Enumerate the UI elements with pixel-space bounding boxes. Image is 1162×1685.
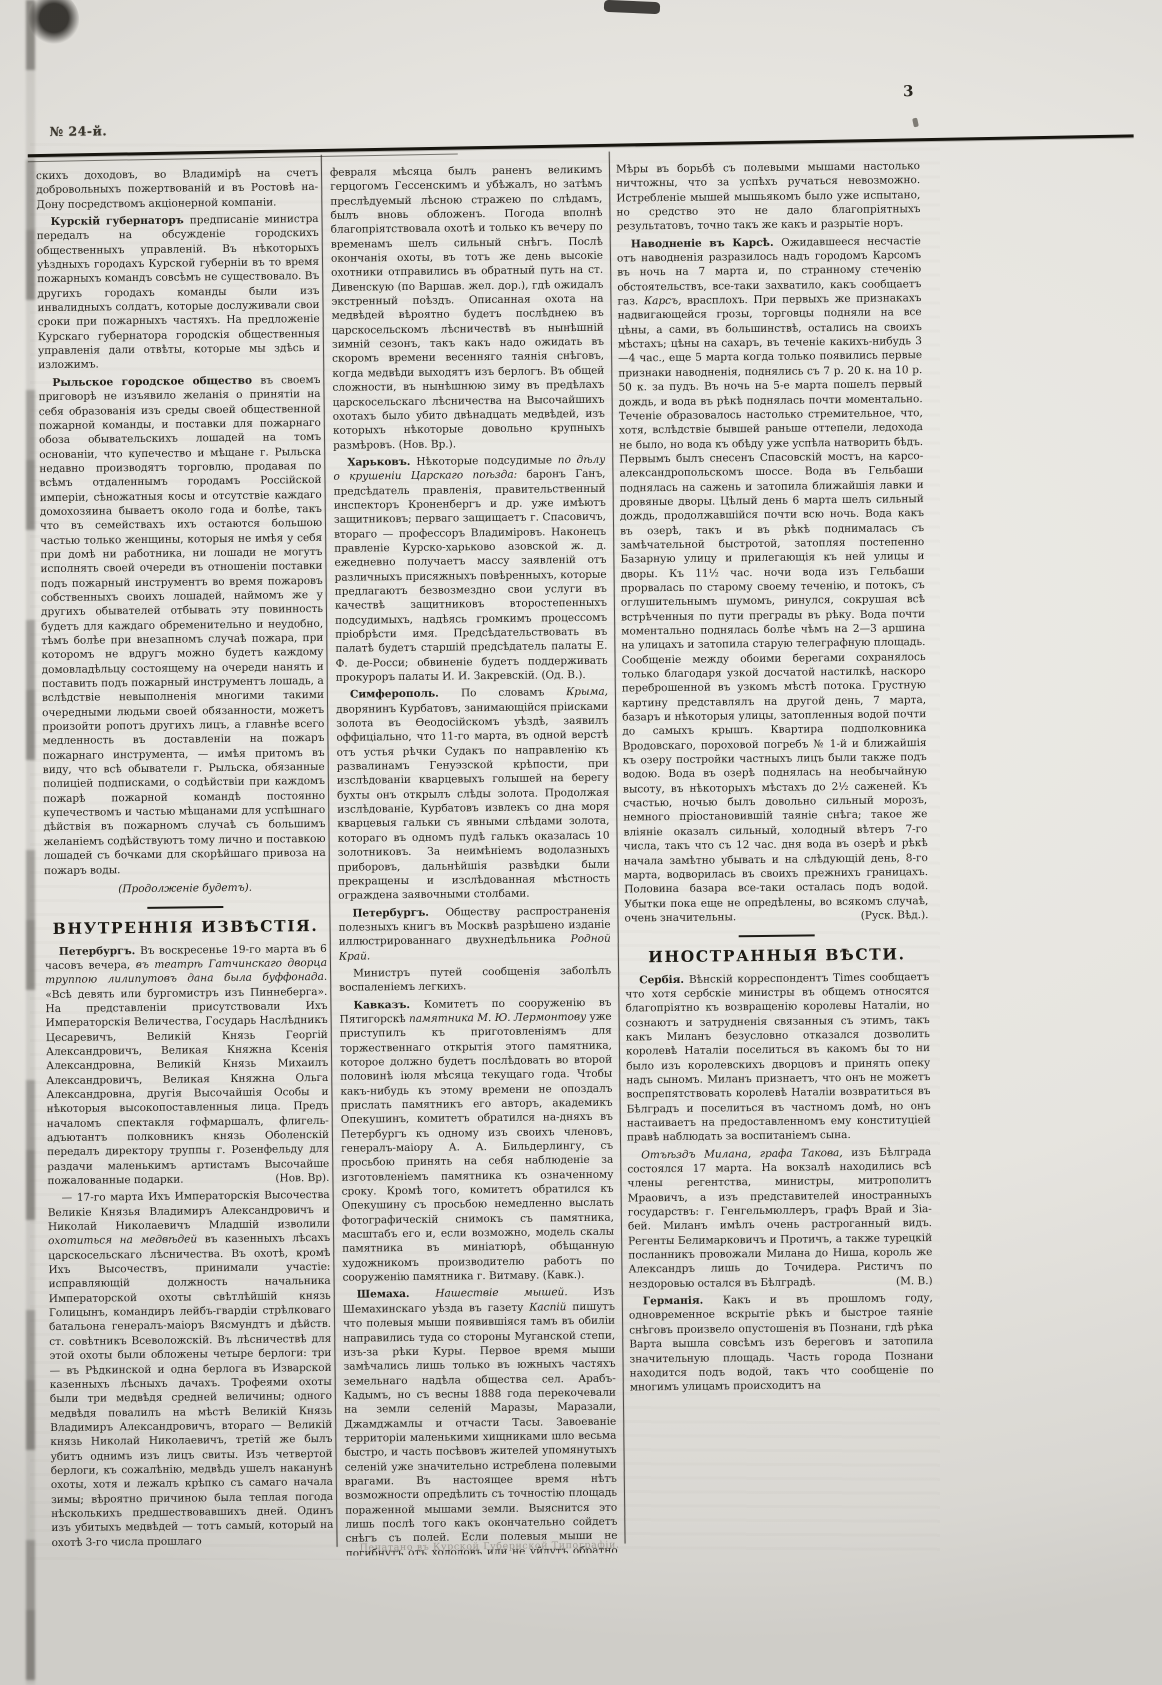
- article-paragraph: Петербургъ. Обществу распространенія пол…: [338, 903, 611, 963]
- source-citation: (Руск. Вѣд.).: [839, 908, 929, 923]
- paragraph-text: въ казенныхъ лѣсахъ царскосельскаго лѣсн…: [48, 1232, 333, 1548]
- paragraph-lead: Петербургъ.: [59, 945, 140, 958]
- section-heading: ИНОСТРАННЫЯ ВѢСТИ.: [625, 947, 929, 965]
- section-heading: ВНУТРЕННІЯ ИЗВѢСТІЯ.: [44, 919, 326, 937]
- paragraph-text: Карсъ,: [644, 295, 681, 307]
- paragraph-lead: Харьковъ.: [347, 456, 416, 469]
- paragraph-text: Отъѣздъ Милана, графа Такова,: [641, 1147, 843, 1161]
- article-paragraph: скихъ доходовъ, во Владимірѣ на счетъ до…: [36, 166, 318, 212]
- article-paragraph: Кавказъ. Комитетъ по сооруженію въ Пятиг…: [339, 995, 614, 1285]
- paragraph-text: Вѣнскій корреспондентъ Times сообщаетъ ч…: [625, 971, 931, 1144]
- paragraph-text: февраля мѣсяца былъ раненъ великимъ герц…: [330, 164, 605, 452]
- separator-rule: [739, 935, 815, 938]
- source-citation: (Нов. Вр).: [253, 1171, 329, 1186]
- article-paragraph: Рыльское городское общество въ своемъ пр…: [38, 373, 326, 878]
- paragraph-text: Каспій: [529, 1301, 566, 1313]
- paragraph-text: дворянинъ Курбатовъ, занимающійся пріиск…: [336, 700, 610, 902]
- paragraph-lead: Петербургъ.: [352, 906, 445, 919]
- paragraph-text: пишутъ что полевыя мыши появившіяся тамъ…: [343, 1300, 618, 1555]
- paragraph-text: охотиться на медвѣдей: [48, 1234, 197, 1248]
- article-paragraph: Курскій губернаторъ предписаніе министра…: [36, 212, 320, 373]
- article-paragraph: Министръ путей сообщенія заболѣлъ воспал…: [339, 964, 611, 996]
- paragraph-text: Министръ путей сообщенія заболѣлъ воспал…: [339, 965, 611, 994]
- article-paragraph: Петербургъ. Въ воскресенье 19-го марта в…: [45, 941, 330, 1188]
- issue-number: № 24-й.: [49, 123, 107, 139]
- paragraph-text: предписаніе министра передалъ на обсужде…: [37, 213, 320, 372]
- article-paragraph: Наводненіе въ Карсѣ. Ожидавшееся несчаст…: [617, 234, 929, 926]
- paragraph-text: Нѣкоторые подсудимые: [416, 454, 558, 468]
- source-citation: (М. В.): [874, 1274, 933, 1289]
- article-paragraph: Отъѣздъ Милана, графа Такова, изъ Бѣлгра…: [627, 1145, 933, 1292]
- article-paragraph: — 17-го марта Ихъ Императорскія Высочест…: [48, 1188, 334, 1550]
- article-paragraph: Сербія. Вѣнскій корреспондентъ Times соо…: [625, 970, 931, 1146]
- paragraph-text: Нашествіе мышей.: [435, 1287, 567, 1301]
- paragraph-text: скихъ доходовъ, во Владимірѣ на счетъ до…: [36, 167, 318, 211]
- article-paragraph: Германія. Какъ и въ прошломъ году, однов…: [629, 1291, 934, 1395]
- paragraph-lead: Симферополь.: [350, 688, 461, 701]
- article-paragraph: Харьковъ. Нѣкоторые подсудимые по дѣлу о…: [333, 453, 608, 686]
- article-paragraph: Мѣры въ борьбѣ съ полевыми мышами настол…: [616, 159, 921, 234]
- paragraph-lead: Рыльское городское общество: [52, 374, 260, 388]
- separator-rule: [147, 906, 223, 909]
- text-column-1: скихъ доходовъ, во Владимірѣ на счетъ до…: [36, 166, 334, 1559]
- paragraph-lead: Сербія.: [639, 973, 689, 986]
- paragraph-lead: Шемаха.: [357, 1288, 436, 1301]
- continuation-note: (Продолженіе будетъ).: [44, 880, 326, 898]
- paragraph-text: По словамъ: [461, 687, 566, 700]
- paragraph-text: баронъ Ганъ, предсѣдатель правленія, пра…: [334, 468, 608, 684]
- article-paragraph: Симферополь. По словамъ Крыма, дворянинъ…: [336, 685, 610, 903]
- paragraph-text: Какъ и въ прошломъ году, одновременное в…: [629, 1292, 934, 1394]
- paragraph-text: врасплохъ. При первыхъ же признакахъ над…: [618, 292, 929, 924]
- header-rule: [28, 134, 1134, 157]
- paragraph-text: памятника М. Ю. Лермонтову: [409, 1011, 586, 1025]
- text-column-2: февраля мѣсяца былъ раненъ великимъ герц…: [330, 163, 618, 1556]
- paragraph-lead: Германія.: [643, 1295, 723, 1308]
- newspaper-page: № 24-й. 3 скихъ доходовъ, во Владимірѣ н…: [0, 0, 1162, 1685]
- paragraph-lead: Наводненіе въ Карсѣ.: [631, 236, 781, 250]
- paragraph-lead: Кавказъ.: [353, 998, 424, 1011]
- page-number: 3: [903, 82, 914, 100]
- text-column-3: Мѣры въ борьбѣ съ полевыми мышами настол…: [616, 159, 936, 1552]
- paragraph-text: въ своемъ приговорѣ не изъявило желанія …: [38, 374, 325, 877]
- paragraph-lead: Курскій губернаторъ: [50, 214, 189, 228]
- paragraph-text: — 17-го марта Ихъ Императорскія Высочест…: [48, 1189, 330, 1233]
- paragraph-text: изъ Бѣлграда состоялся 17 марта. На вокз…: [627, 1146, 932, 1291]
- printed-sheet: № 24-й. 3 скихъ доходовъ, во Владимірѣ н…: [0, 0, 1162, 1685]
- paragraph-text: «Всѣ девять или бургомистръ изъ Пиннебер…: [45, 985, 329, 1187]
- article-paragraph: февраля мѣсяца былъ раненъ великимъ герц…: [330, 163, 605, 453]
- article-paragraph: Шемаха. Нашествіе мышей. Изъ Шемахинскаг…: [343, 1285, 618, 1556]
- paragraph-text: уже приступилъ къ приготовленіямъ для то…: [340, 1011, 615, 1284]
- paragraph-text: Крыма,: [566, 686, 608, 698]
- paragraph-text: Мѣры въ борьбѣ съ полевыми мышами настол…: [616, 160, 921, 233]
